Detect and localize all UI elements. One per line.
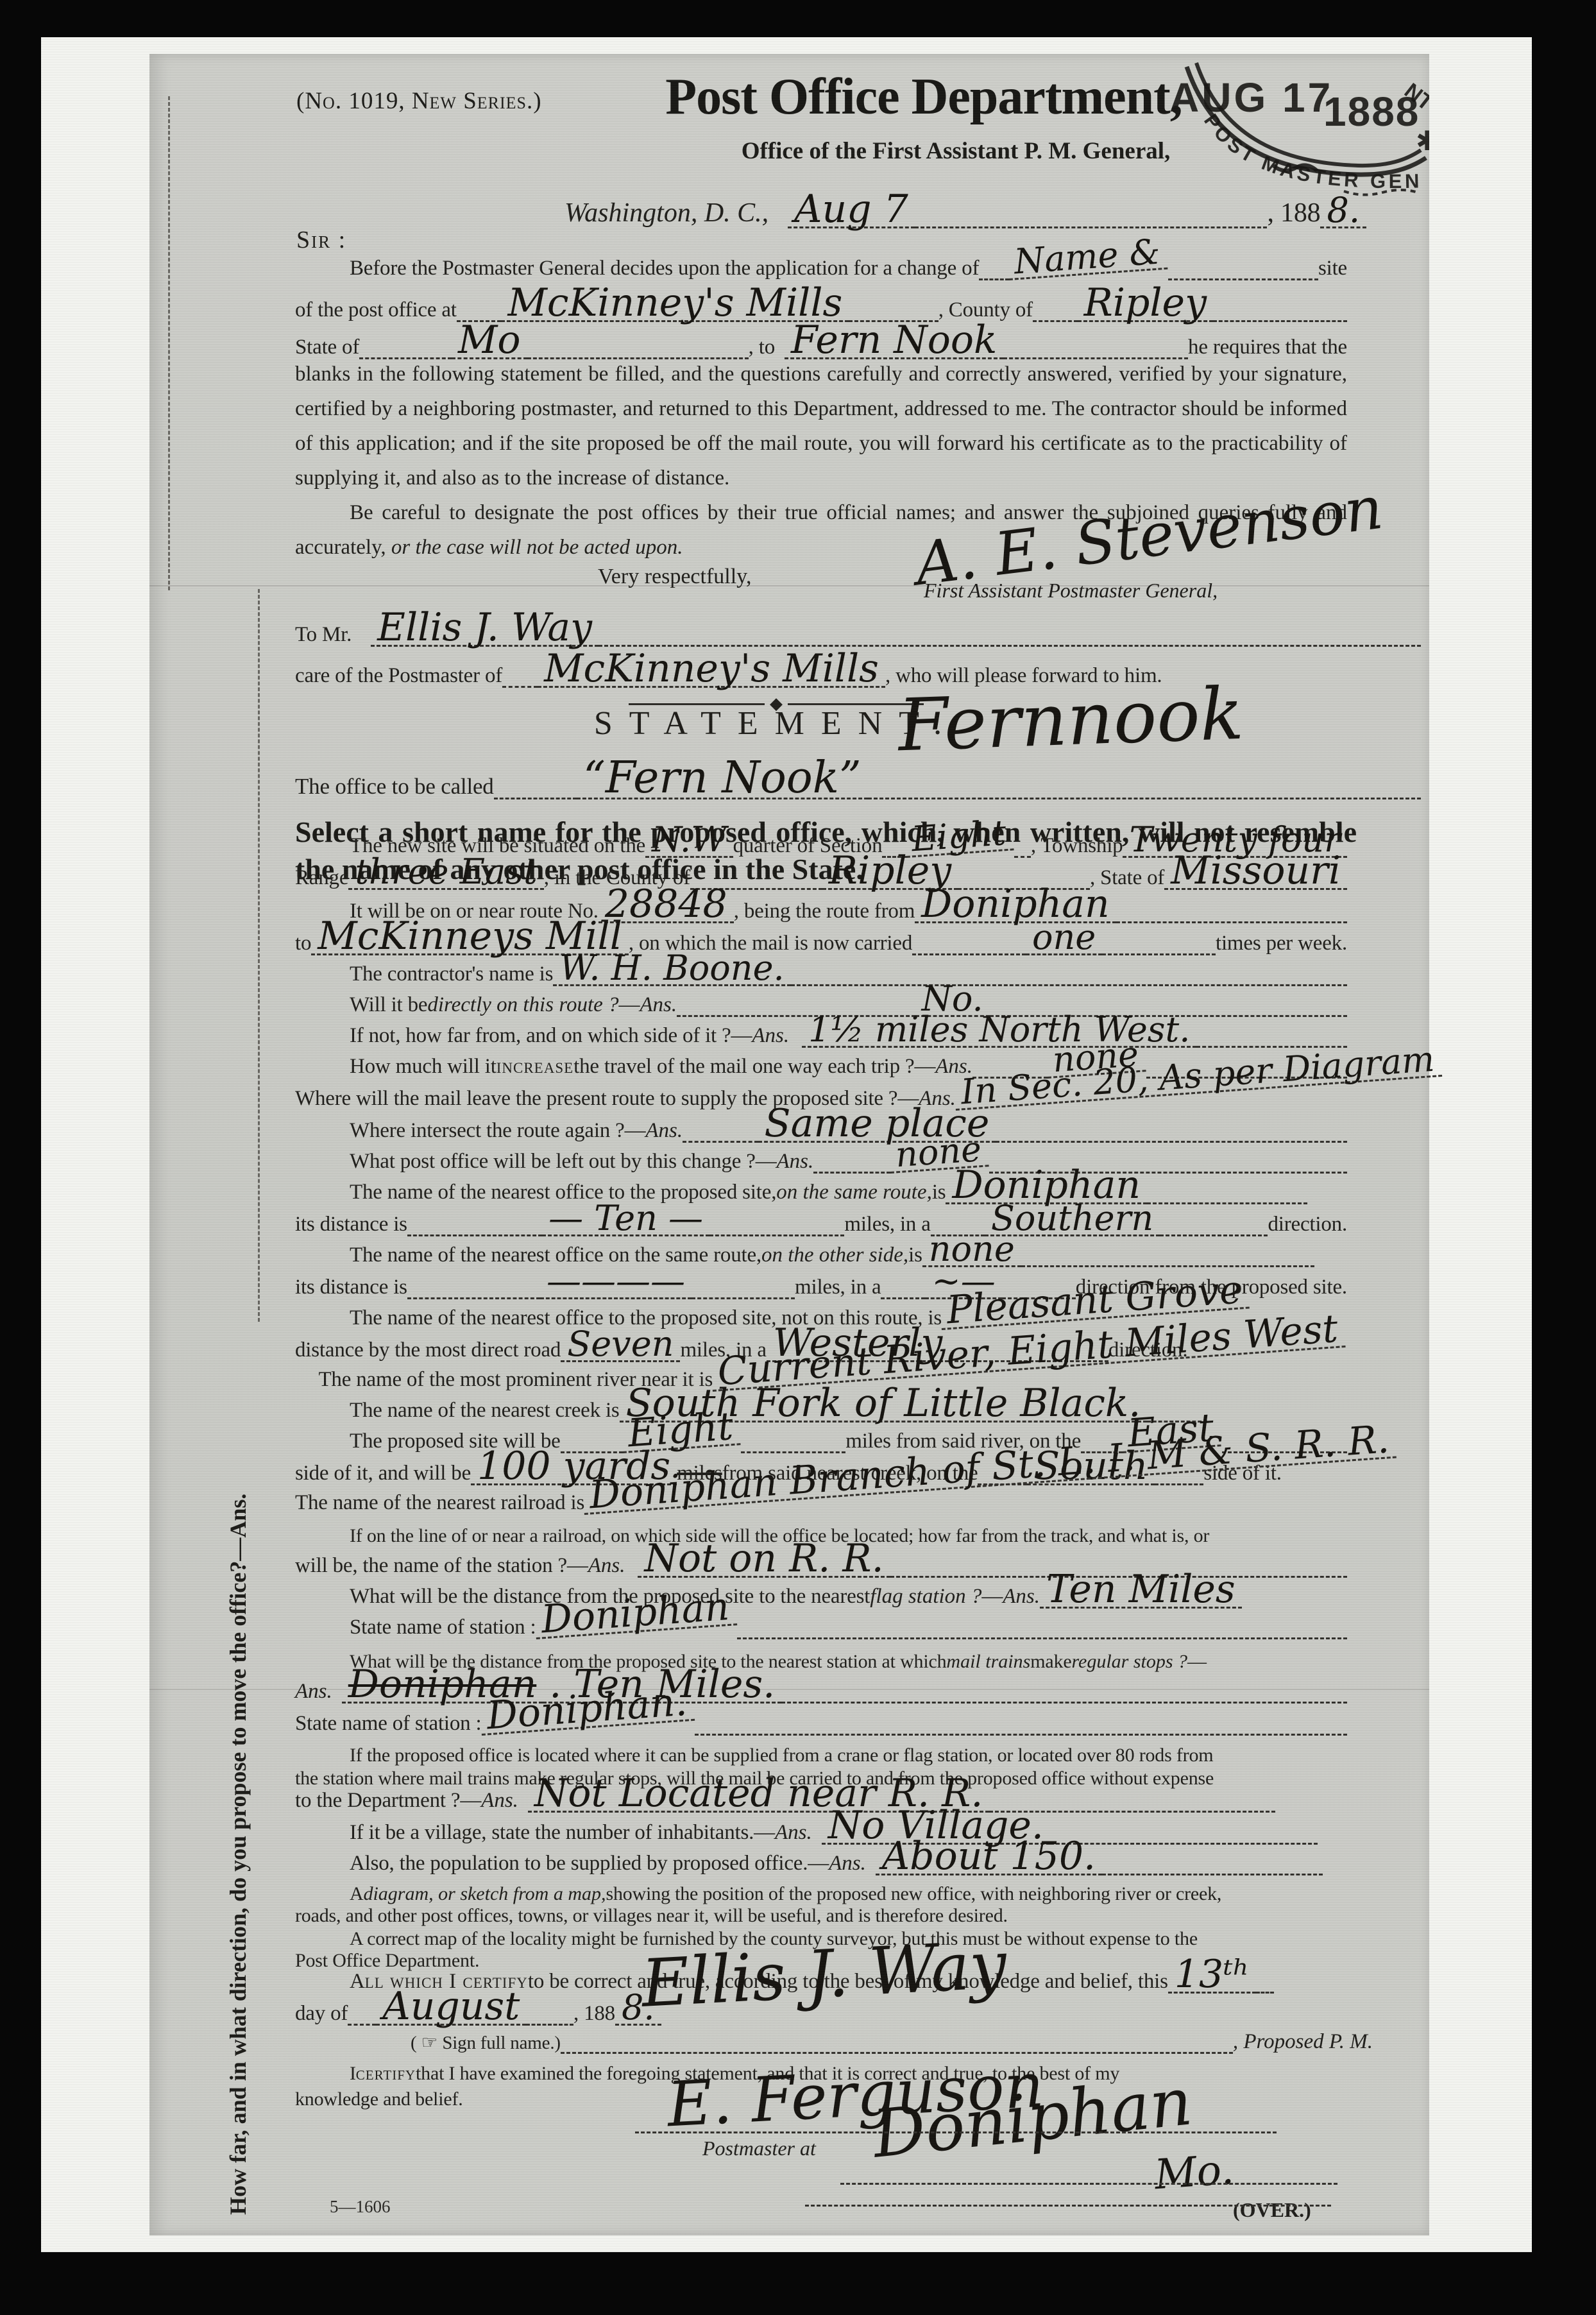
printed-text bbox=[295, 1993, 350, 1994]
printed-text: Where intersect the route again ?— bbox=[350, 1119, 645, 1143]
printed-text: is bbox=[908, 1243, 922, 1267]
handwritten-entry: W. H. Boone. bbox=[553, 953, 790, 986]
printed-text: day of bbox=[295, 2002, 348, 2026]
handwritten-entry: three East bbox=[348, 857, 543, 890]
form-line: Range three East, in the County of Riple… bbox=[295, 859, 1347, 890]
printed-text: the travel of the mail one way each trip… bbox=[573, 1055, 935, 1079]
scanned-document-page: { "document": { "form_no": "(No. 1019, N… bbox=[0, 0, 1596, 2315]
printed-text: of the post office at bbox=[295, 298, 457, 322]
printed-text bbox=[295, 1329, 350, 1330]
dotted-fill-line bbox=[781, 1699, 1347, 1704]
printed-text: to bbox=[295, 932, 311, 955]
form-line: care of the Postmaster ofMcKinney's Mill… bbox=[295, 648, 1421, 688]
form-line: If it be a village, state the number of … bbox=[295, 1813, 1347, 1845]
handwritten-entry: — Ten — bbox=[542, 1203, 709, 1236]
printed-text: direction. bbox=[1268, 1213, 1347, 1236]
dotted-fill-line bbox=[494, 795, 577, 799]
printed-text: What post office will be left out by thi… bbox=[350, 1150, 777, 1174]
printed-text: Range bbox=[295, 866, 348, 890]
printed-text: State of bbox=[295, 336, 359, 359]
sidebar-vertical-question: How far, and in what direction, do you p… bbox=[225, 1318, 251, 2215]
printed-text: Ans. bbox=[481, 1789, 518, 1813]
handwritten-entry: Ellis J. Way bbox=[371, 610, 598, 647]
printed-text: he requires that the bbox=[1188, 336, 1347, 359]
form-line: ( ☞ Sign full name.), Proposed P. M. bbox=[411, 2022, 1373, 2054]
left-margin-dashed-line-lower bbox=[258, 589, 260, 1322]
handwritten-entry: Fern Nook bbox=[785, 323, 1003, 359]
printed-text: The contractor's name is bbox=[350, 962, 553, 986]
printed-text: miles, in a bbox=[844, 1213, 930, 1236]
form-line: The office to be called“Fern Nook” bbox=[295, 731, 1421, 799]
form-line: State name of station : Doniphan bbox=[295, 1608, 1347, 1639]
dotted-fill-line bbox=[1033, 318, 1078, 322]
printed-text bbox=[295, 280, 350, 280]
dotted-fill-line bbox=[1168, 276, 1318, 280]
handwritten-entry: 13ᵗʰ bbox=[1168, 1957, 1256, 1994]
printed-text: How much will it bbox=[350, 1055, 497, 1079]
stamp-date-text: AUG 17 bbox=[1169, 74, 1333, 121]
printed-text: its distance is bbox=[295, 1213, 407, 1236]
printed-text: increase bbox=[497, 1055, 573, 1079]
postmaster-state-entry: Mo. bbox=[1153, 2152, 1235, 2194]
printed-text: its distance is bbox=[295, 1276, 407, 1299]
handwritten-entry: Seven bbox=[561, 1329, 680, 1362]
printed-text: flag station ? bbox=[870, 1585, 981, 1609]
printed-text: , to bbox=[749, 336, 775, 359]
dotted-fill-line bbox=[348, 2021, 376, 2026]
handwritten-entry: 8. bbox=[1320, 195, 1366, 228]
form-line: Ans.Doniphan. Ten Miles. bbox=[295, 1672, 1347, 1704]
printed-text: miles, in a bbox=[795, 1276, 881, 1299]
form-line: To Mr.Ellis J. Way bbox=[295, 607, 1421, 647]
printed-text: , 188 bbox=[1267, 198, 1320, 228]
svg-text:✱: ✱ bbox=[1416, 126, 1429, 156]
printed-text bbox=[768, 228, 788, 228]
handwritten-entry: “Fern Nook” bbox=[577, 758, 868, 799]
way-signature: Ellis J. Way bbox=[640, 1936, 1008, 2013]
handwritten-entry: Missouri bbox=[1164, 853, 1347, 890]
printed-text: site bbox=[1318, 257, 1347, 280]
printed-text: Before the Postmaster General decides up… bbox=[350, 257, 979, 280]
printed-text: — bbox=[1187, 1651, 1207, 1673]
printed-text: will be, the name of the station ?— bbox=[295, 1554, 588, 1578]
form-line: its distance is — Ten — miles, in a Sout… bbox=[295, 1205, 1347, 1236]
printed-text: regular stops ? bbox=[1071, 1651, 1187, 1673]
printed-text bbox=[352, 646, 371, 647]
dotted-fill-line bbox=[1116, 919, 1347, 923]
printed-text: mail trains bbox=[946, 1651, 1030, 1673]
form-line: of the post office atMcKinney's Mills, C… bbox=[295, 285, 1347, 322]
intro-b-italic: or the case will not be acted upon. bbox=[391, 536, 683, 559]
printed-text: , being the route from bbox=[734, 900, 915, 923]
printed-text bbox=[295, 1078, 350, 1079]
form-line: State name of station : Doniphan. bbox=[295, 1704, 1347, 1736]
page-title: Post Office Department, bbox=[641, 68, 1206, 126]
printed-text bbox=[295, 1204, 350, 1204]
handwritten-entry: McKinney's Mills bbox=[501, 286, 849, 322]
printed-text: Ans. bbox=[640, 993, 677, 1017]
office-subtitle: Office of the First Assistant P. M. Gene… bbox=[731, 137, 1180, 165]
printed-text: , Proposed P. M. bbox=[1233, 2030, 1373, 2054]
handwritten-entry: Doniphan. bbox=[479, 1684, 695, 1736]
printed-text: If it be a village, state the number of … bbox=[350, 1821, 775, 1845]
printed-text bbox=[518, 1812, 528, 1813]
form-line: day of August, 188 8. bbox=[295, 1994, 680, 2026]
handwritten-entry: Aug 7 bbox=[788, 192, 915, 228]
printed-text: directly on this route ? bbox=[427, 993, 618, 1017]
dotted-fill-line bbox=[527, 355, 749, 359]
dotted-fill-line bbox=[1213, 318, 1347, 322]
postmaster-office-line bbox=[840, 2182, 1337, 2185]
form-line: The name of the nearest office on the sa… bbox=[295, 1236, 1347, 1267]
handwritten-entry: Mo bbox=[452, 323, 527, 359]
fold-crease-upper bbox=[149, 585, 1429, 586]
printed-text: To Mr. bbox=[295, 623, 352, 647]
printed-text: to the Department ?— bbox=[295, 1789, 481, 1813]
printed-text: Ans. bbox=[775, 1821, 812, 1845]
dotted-fill-line bbox=[868, 795, 1421, 799]
printed-text: is bbox=[932, 1181, 946, 1204]
footer-over-label: (OVER.) bbox=[1233, 2198, 1311, 2222]
postmaster-state-line bbox=[805, 2203, 1331, 2207]
form-line: If not, how far from, and on which side … bbox=[295, 1016, 1347, 1048]
handwritten-entry: Name & bbox=[1006, 236, 1167, 280]
ferguson-signature-line bbox=[635, 2130, 1277, 2133]
form-line: What will be the distance from the propo… bbox=[295, 1577, 1347, 1609]
postmaster-at-label: Postmaster at bbox=[702, 2137, 816, 2160]
printed-text: side of it, and will be bbox=[295, 1462, 471, 1485]
handwritten-entry: McKinney's Mills bbox=[538, 651, 885, 688]
printed-text: Also, the population to be supplied by p… bbox=[350, 1852, 829, 1875]
form-line: The name of the nearest office to the pr… bbox=[295, 1173, 1347, 1204]
printed-text bbox=[295, 1267, 350, 1267]
handwritten-entry: ———— bbox=[540, 1266, 692, 1299]
form-line: Also, the population to be supplied by p… bbox=[295, 1844, 1347, 1875]
printed-text: If not, how far from, and on which side … bbox=[350, 1024, 752, 1048]
dotted-fill-line bbox=[1021, 1263, 1314, 1267]
printed-text: — bbox=[981, 1585, 1003, 1609]
handwritten-entry: one bbox=[1026, 922, 1102, 955]
form-line: What post office will be left out by thi… bbox=[295, 1142, 1347, 1174]
footer-plate-number: 5—1606 bbox=[330, 2197, 391, 2217]
dotted-fill-line bbox=[1256, 1989, 1274, 1994]
printed-text bbox=[295, 1453, 350, 1453]
intro-paragraph: blanks in the following statement be fil… bbox=[295, 357, 1347, 495]
printed-text: Ans. bbox=[588, 1554, 625, 1578]
dotted-fill-line bbox=[1014, 853, 1031, 858]
printed-text: times per week. bbox=[1216, 932, 1347, 955]
dotted-fill-line bbox=[741, 1449, 845, 1453]
form-line: The name of the nearest railroad is Doni… bbox=[295, 1483, 1347, 1515]
handwritten-entry: Doniphan bbox=[534, 1589, 737, 1639]
printed-text bbox=[332, 1703, 342, 1704]
printed-text: on the other side, bbox=[761, 1243, 908, 1267]
dotted-fill-line bbox=[737, 1635, 1347, 1639]
printed-text: , Township bbox=[1031, 834, 1123, 858]
printed-text: Will it be bbox=[350, 993, 427, 1017]
form-line: Where intersect the route again ?—Ans.Sa… bbox=[295, 1111, 1347, 1143]
dotted-fill-line bbox=[502, 683, 538, 688]
printed-text: The name of the nearest railroad is bbox=[295, 1491, 584, 1515]
printed-text: The office to be called bbox=[295, 774, 494, 799]
fernnook-big-entry: Fernnook bbox=[897, 682, 1244, 759]
handwritten-entry: About 150. bbox=[876, 1839, 1102, 1875]
closing-respectfully: Very respectfully, bbox=[598, 565, 751, 589]
printed-text: care of the Postmaster of bbox=[295, 664, 502, 688]
form-line: The contractor's name is W. H. Boone. bbox=[295, 955, 1347, 986]
printed-text: Ans. bbox=[829, 1852, 866, 1875]
printed-text: ( ☞ Sign full name.) bbox=[411, 2031, 561, 2054]
printed-text: The name of the nearest creek is bbox=[350, 1399, 620, 1422]
printed-text: A bbox=[350, 1970, 365, 1994]
dotted-fill-line bbox=[979, 276, 1009, 280]
handwritten-entry: Ten Miles bbox=[1040, 1572, 1242, 1609]
form-line: Washington, D. C.,Aug 7, 1888. bbox=[565, 182, 1366, 228]
form-line: State ofMo, toFern Nookhe requires that … bbox=[295, 322, 1347, 359]
dotted-fill-line bbox=[359, 355, 452, 359]
printed-text: Ans. bbox=[777, 1150, 814, 1174]
handwritten-entry: N.W bbox=[645, 824, 733, 858]
dotted-fill-line bbox=[915, 224, 1268, 228]
printed-text: State name of station : bbox=[295, 1712, 482, 1736]
form-line: Before the Postmaster General decides up… bbox=[295, 249, 1347, 280]
printed-text: — bbox=[619, 993, 640, 1017]
printed-text: knowledge and belief. bbox=[295, 2089, 463, 2110]
printed-text: State name of station : bbox=[350, 1616, 536, 1639]
dotted-fill-line bbox=[1147, 1200, 1307, 1204]
printed-text bbox=[295, 1639, 350, 1639]
printed-text: Ans. bbox=[645, 1119, 683, 1143]
dotted-fill-line bbox=[1003, 355, 1188, 359]
printed-text: Ans. bbox=[752, 1024, 789, 1048]
left-margin-dashed-line-upper bbox=[168, 96, 170, 590]
printed-text: distance by the most direct road bbox=[295, 1338, 561, 1362]
handwritten-entry: Not on R. R. bbox=[638, 1541, 890, 1578]
printed-text bbox=[775, 359, 785, 359]
printed-text bbox=[295, 857, 350, 858]
printed-text: make bbox=[1030, 1651, 1071, 1673]
form-line: to McKinneys Mill, on which the mail is … bbox=[295, 924, 1347, 955]
printed-text: Ans. bbox=[1003, 1585, 1040, 1609]
form-number: (No. 1019, New Series.) bbox=[296, 87, 542, 115]
handwritten-entry: Ripley bbox=[1078, 286, 1213, 322]
printed-text: on the same route, bbox=[776, 1181, 932, 1204]
printed-text: Ans. bbox=[295, 1680, 332, 1704]
handwritten-entry: August bbox=[376, 1989, 526, 2026]
printed-text: Washington, D. C., bbox=[565, 198, 768, 228]
